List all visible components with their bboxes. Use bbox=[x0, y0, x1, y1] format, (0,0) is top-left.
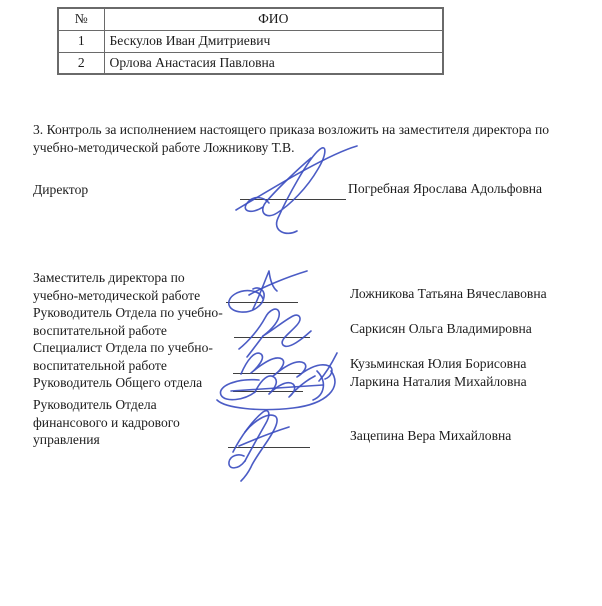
control-paragraph: 3. Контроль за исполнением настоящего пр… bbox=[33, 121, 579, 156]
signature-5-icon bbox=[229, 411, 289, 481]
director-name: Погребная Ярослава Адольфовна bbox=[348, 181, 542, 197]
signature-line bbox=[226, 302, 298, 303]
roster-table: № ФИО 1 Бескулов Иван Дмитриевич 2 Орлов… bbox=[57, 7, 444, 75]
table-row: 1 Бескулов Иван Дмитриевич bbox=[58, 30, 443, 52]
signatory-name: Саркисян Ольга Владимировна bbox=[350, 321, 532, 337]
signature-line bbox=[234, 337, 310, 338]
table-cell-num: 1 bbox=[58, 30, 104, 52]
signature-line bbox=[228, 447, 310, 448]
table-header-fio: ФИО bbox=[104, 8, 443, 30]
signatory-name: Кузьминская Юлия Борисовна bbox=[350, 356, 526, 372]
roster-table-container: № ФИО 1 Бескулов Иван Дмитриевич 2 Орлов… bbox=[57, 7, 444, 75]
signatory-title: Руководитель Отдела финансового и кадров… bbox=[33, 396, 203, 449]
table-cell-fio: Бескулов Иван Дмитриевич bbox=[104, 30, 443, 52]
table-row: 2 Орлова Анастасия Павловна bbox=[58, 52, 443, 74]
table-header-row: № ФИО bbox=[58, 8, 443, 30]
director-signature-icon bbox=[236, 146, 357, 233]
signature-1-icon bbox=[229, 271, 307, 312]
table-cell-fio: Орлова Анастасия Павловна bbox=[104, 52, 443, 74]
signatory-name: Ложникова Татьяна Вячеславовна bbox=[350, 286, 547, 302]
signatory-title: Руководитель Отдела по учебно-воспитател… bbox=[33, 304, 239, 339]
signatory-name: Зацепина Вера Михайловна bbox=[350, 428, 511, 444]
table-cell-num: 2 bbox=[58, 52, 104, 74]
signatory-title: Специалист Отдела по учебно-воспитательн… bbox=[33, 339, 233, 374]
table-header-num: № bbox=[58, 8, 104, 30]
signature-2-icon bbox=[239, 309, 311, 357]
director-title: Директор bbox=[33, 182, 88, 198]
signatory-name: Ларкина Наталия Михайловна bbox=[350, 374, 527, 390]
signature-line bbox=[240, 199, 346, 200]
signatory-title: Заместитель директора по учебно-методиче… bbox=[33, 269, 225, 304]
signatory-title: Руководитель Общего отдела bbox=[33, 374, 273, 392]
signature-line bbox=[233, 391, 303, 392]
document-page: № ФИО 1 Бескулов Иван Дмитриевич 2 Орлов… bbox=[0, 0, 602, 606]
